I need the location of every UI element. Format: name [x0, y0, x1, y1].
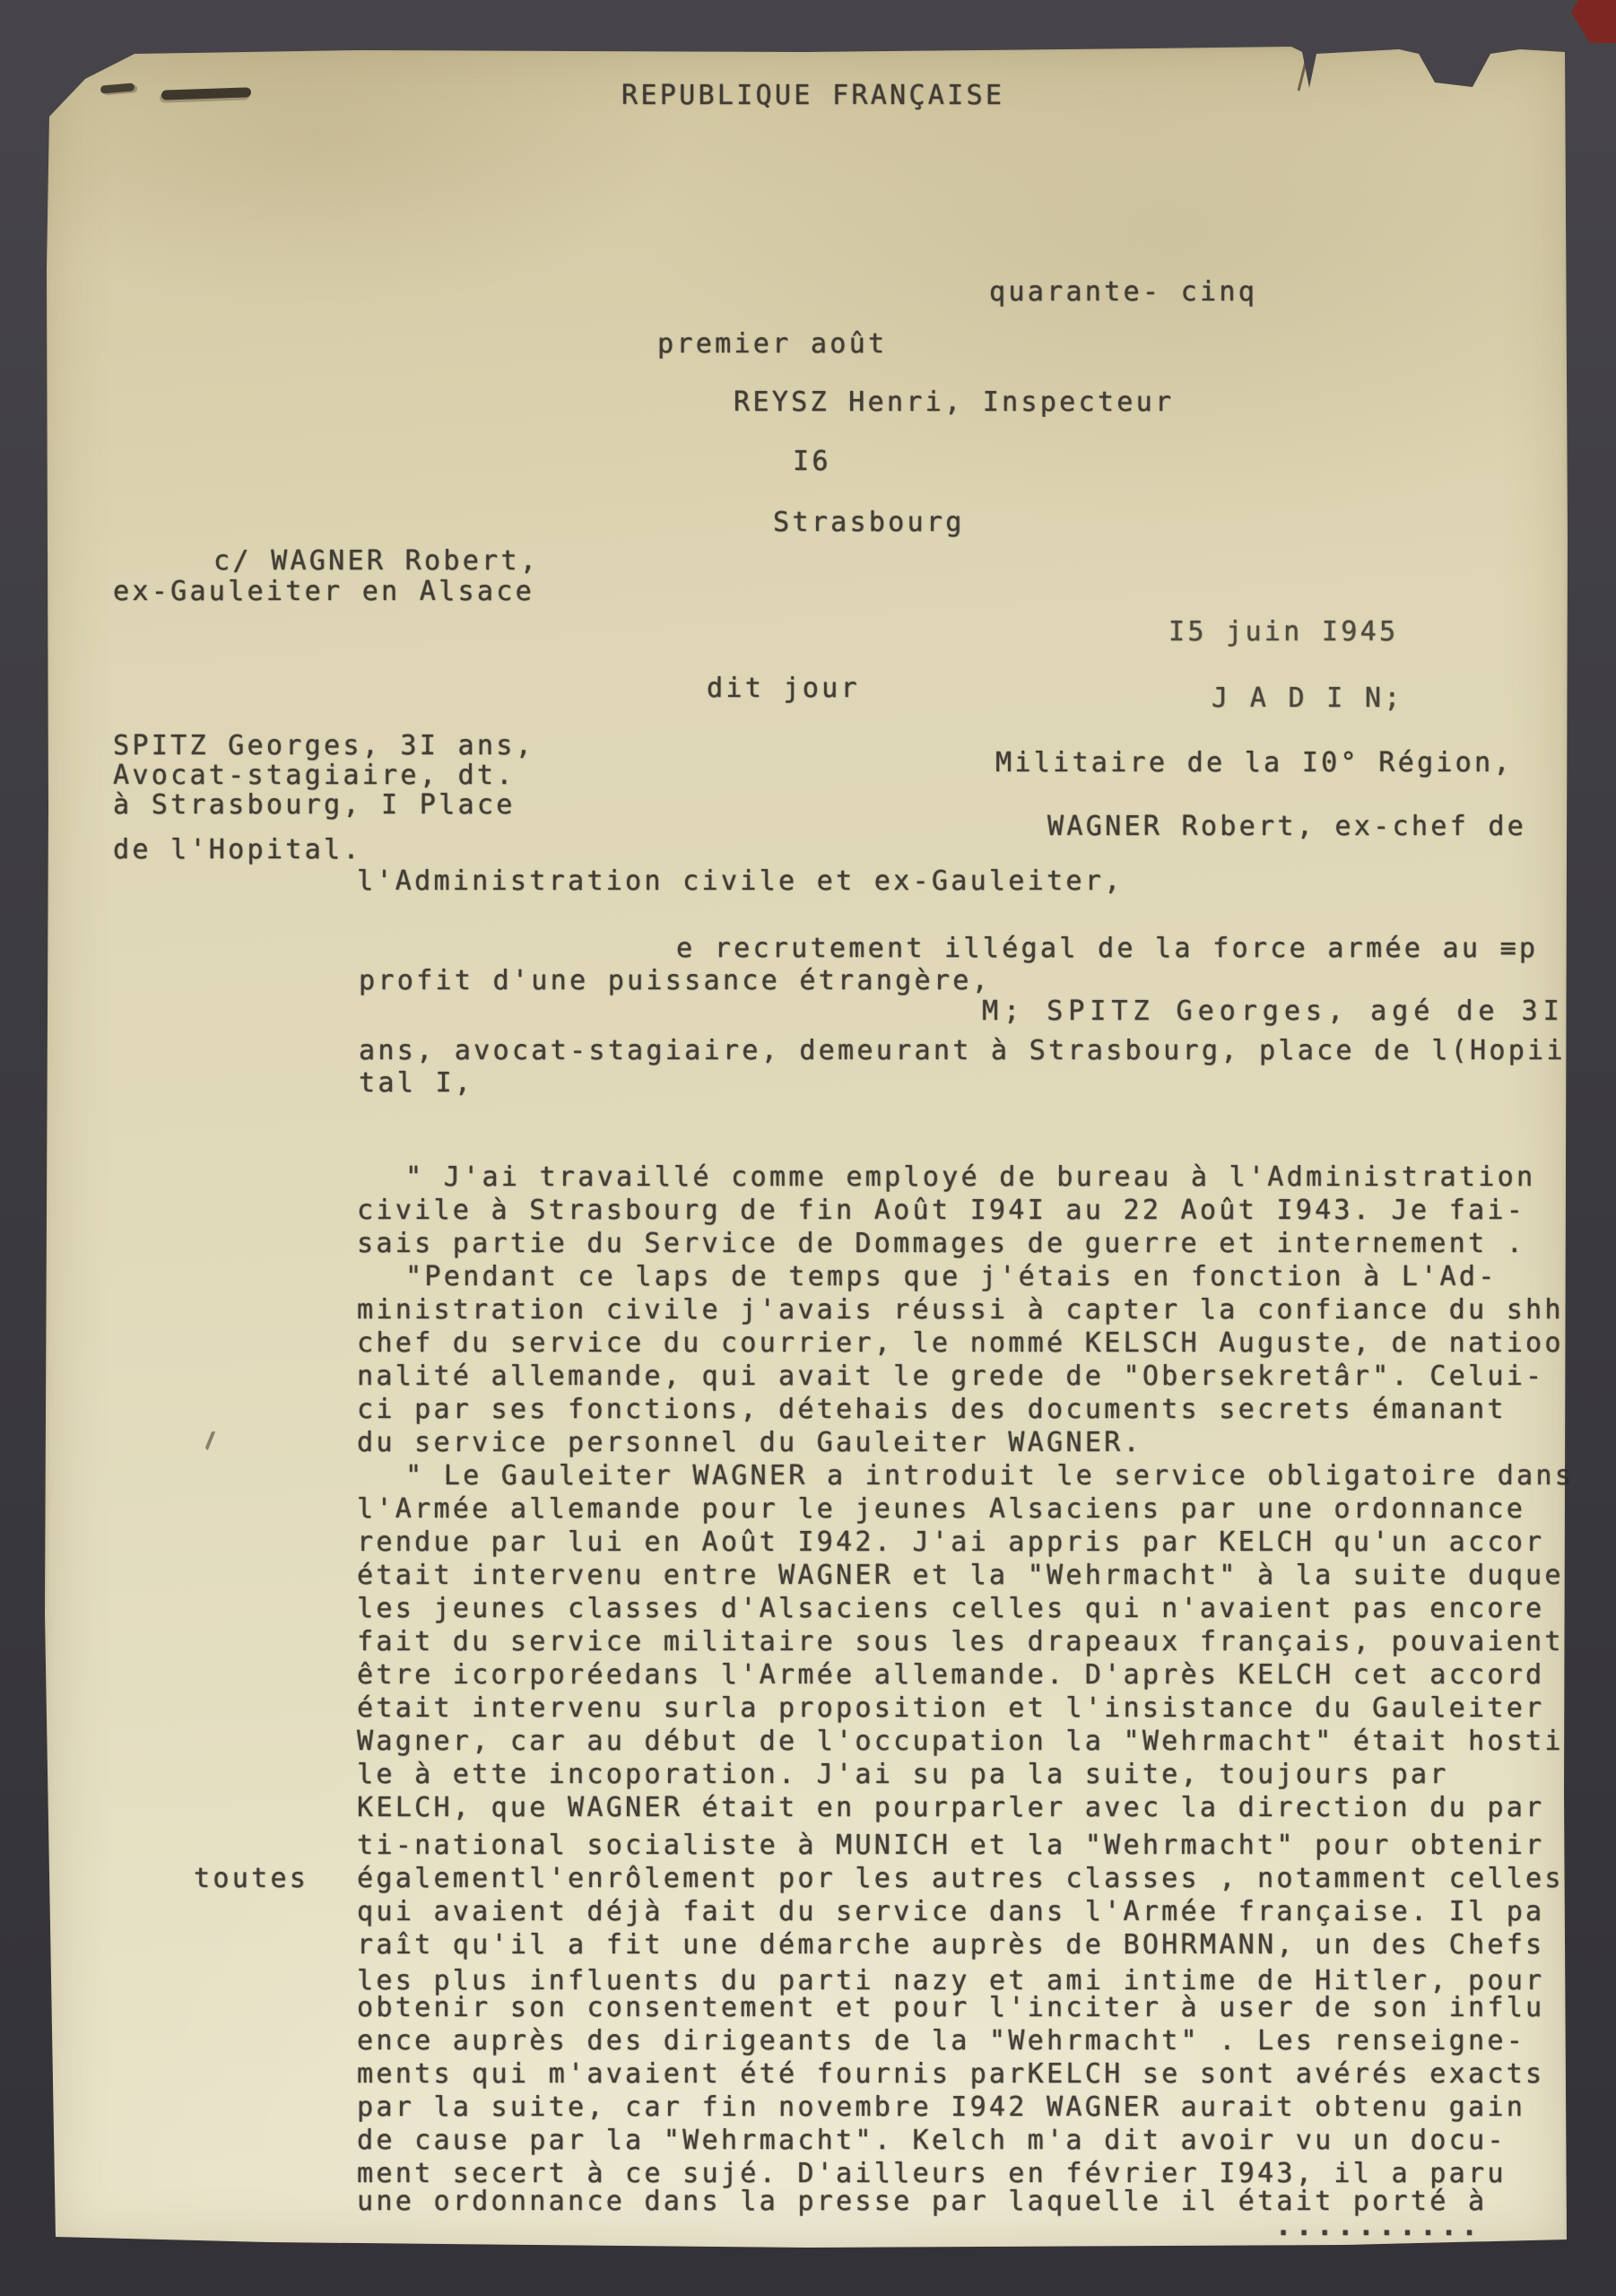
body-text-line: obtenir son consentement et pour l'incit…: [357, 1995, 1544, 2022]
body-text-line: fait du service militaire sous les drape…: [357, 1629, 1564, 1656]
typewritten-text-layer: REPUBLIQUE FRANÇAISE toutes .......... q…: [0, 0, 1616, 2296]
header-text-line: c/ WAGNER Robert,: [213, 548, 539, 575]
body-text-line: être icorporéedans l'Armée allemande. D'…: [357, 1662, 1544, 1689]
header-text-line: ans, avocat-stagiaire, demeurant à Stras…: [359, 1038, 1566, 1065]
body-text-line: ment secert à ce sujé. D'ailleurs en fév…: [357, 2161, 1507, 2187]
header-text-line: à Strasbourg, I Place: [113, 792, 516, 819]
body-text-line: de cause par la "Wehrmacht". Kelch m'a d…: [357, 2127, 1507, 2154]
body-text-line: rendue par lui en Août I942. J'ai appris…: [357, 1529, 1544, 1556]
body-text-line: Wagner, car au début de l'occupation la …: [357, 1728, 1564, 1755]
body-text-line: ence auprès des dirigeants de la "Wehrma…: [357, 2028, 1525, 2055]
body-text-line: nalité allemande, qui avait le grede de …: [357, 1363, 1544, 1390]
body-text-line: ments qui m'avaient été fournis parKELCH…: [357, 2061, 1544, 2088]
header-text-line: I5 juin I945: [1169, 619, 1398, 646]
header-text-line: dit jour: [707, 675, 860, 702]
header-text-line: REYSZ Henri, Inspecteur: [734, 389, 1174, 416]
header-text-line: I6: [793, 448, 831, 475]
body-text-line: chef du service du courrier, le nommé KE…: [357, 1330, 1564, 1357]
header-text-line: de l'Hopital.: [113, 837, 362, 864]
body-text-line: le à ette incoporation. J'ai su pa la su…: [357, 1761, 1449, 1788]
header-text-line: tal I,: [359, 1070, 474, 1097]
header-text-line: ex-Gauleiter en Alsace: [113, 578, 534, 605]
header-text-line: Avocat-stagiaire, dt.: [113, 762, 516, 789]
body-text-line: " J'ai travaillé comme employé de bureau…: [405, 1164, 1535, 1191]
margin-note: toutes: [194, 1865, 308, 1892]
scan-background: REPUBLIQUE FRANÇAISE toutes .......... q…: [0, 0, 1616, 2296]
body-text-line: était intervenu entre WAGNER et la "Wehr…: [357, 1562, 1564, 1589]
header-text-line: WAGNER Robert, ex-chef de: [1047, 813, 1526, 840]
header-text-line: e recrutement illégal de la force armée …: [676, 935, 1538, 962]
document-title: REPUBLIQUE FRANÇAISE: [621, 83, 1004, 109]
body-text-line: sais partie du Service de Dommages de gu…: [357, 1231, 1525, 1257]
body-text-line: du service personnel du Gauleiter WAGNER…: [357, 1430, 1142, 1457]
body-text-line: civile à Strasbourg de fin Août I94I au …: [357, 1197, 1525, 1224]
body-text-line: qui avaient déjà fait du service dans l'…: [357, 1899, 1544, 1926]
body-text-line: ci par ses fonctions, détehais des docum…: [357, 1396, 1507, 1423]
header-text-line: Militaire de la I0° Région,: [995, 750, 1513, 777]
body-text-line: raît qu'il a fit une démarche auprès de …: [357, 1932, 1544, 1959]
body-text-line: "Pendant ce laps de temps que j'étais en…: [405, 1264, 1498, 1291]
header-text-line: J A D I N;: [1212, 685, 1403, 712]
header-text-line: l'Administration civile et ex-Gauleiter,: [357, 868, 1123, 895]
body-text-line: KELCH, que WAGNER était en pourparler av…: [357, 1795, 1544, 1822]
body-text-line: les plus influents du parti nazy et ami …: [357, 1968, 1544, 1995]
header-text-line: M; SPITZ Georges, agé de 3I: [982, 998, 1565, 1025]
header-text-line: SPITZ Georges, 3I ans,: [113, 733, 534, 760]
body-text-line: une ordonnance dans la presse par laquel…: [357, 2188, 1487, 2215]
header-text-line: profit d'une puissance étrangère,: [359, 968, 991, 995]
body-text-line: était intervenu surla proposition et l'i…: [357, 1695, 1544, 1722]
body-text-line: " Le Gauleiter WAGNER a introduit le ser…: [405, 1463, 1574, 1490]
body-text-line: ti-national socialiste à MUNICH et la "W…: [357, 1832, 1544, 1859]
body-text-line: ministration civile j'avais réussi à cap…: [357, 1297, 1564, 1324]
body-text-line: les jeunes classes d'Alsaciens celles qu…: [357, 1596, 1544, 1622]
body-text-line: l'Armée allemande pour le jeunes Alsacie…: [357, 1496, 1525, 1523]
ellipsis-dots: ..........: [1275, 2213, 1482, 2240]
body-text-line: égalementl'enrôlement por les autres cla…: [357, 1865, 1564, 1892]
header-text-line: quarante- cinq: [989, 279, 1257, 306]
header-text-line: Strasbourg: [773, 509, 965, 536]
header-text-line: premier août: [657, 331, 887, 358]
body-text-line: par la suite, car fin novembre I942 WAGN…: [357, 2094, 1525, 2121]
